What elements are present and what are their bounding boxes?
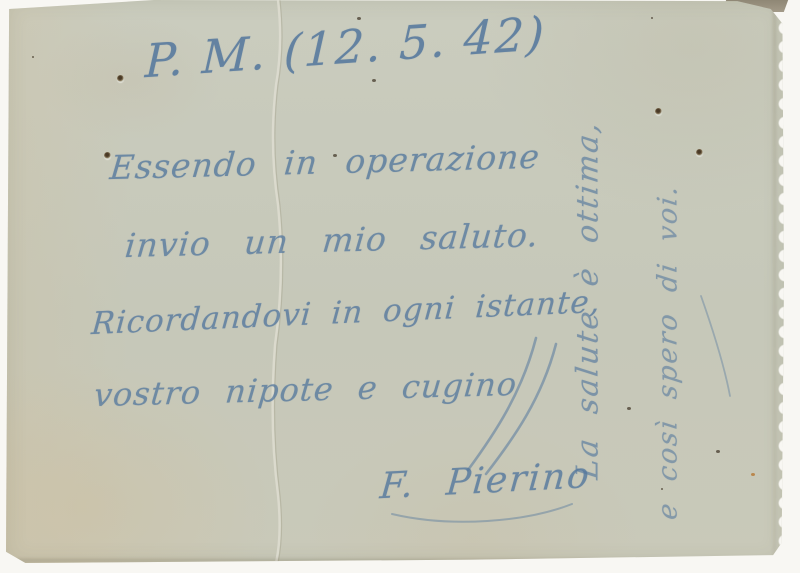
paper-speck xyxy=(751,473,755,476)
paper-speck xyxy=(372,79,376,82)
postcard: P. M. (12. 5. 42) Essendo in operazione … xyxy=(6,0,784,563)
body-line-2: invio un mio saluto. xyxy=(123,215,541,265)
photo-backdrop: P. M. (12. 5. 42) Essendo in operazione … xyxy=(0,0,800,573)
pinhole xyxy=(117,75,124,82)
paper-speck xyxy=(357,17,361,20)
date-line: P. M. (12. 5. 42) xyxy=(144,6,547,88)
paper-speck xyxy=(651,17,653,19)
signature-line: F. Pierino xyxy=(378,455,592,507)
body-line-3: Ricordandovi in ogni istante, xyxy=(90,284,602,342)
bottom-edge-shadow xyxy=(16,559,770,562)
margin-note-vertical-2: e così spero di voi. xyxy=(653,183,684,522)
body-line-4: vostro nipote e cugino xyxy=(92,365,519,414)
pinhole xyxy=(655,108,662,115)
pinhole xyxy=(104,152,111,159)
pinhole xyxy=(696,149,703,156)
paper-speck xyxy=(333,154,337,157)
paper-speck xyxy=(716,450,720,453)
body-line-1: Essendo in operazione xyxy=(108,137,542,187)
deckled-edge xyxy=(772,0,785,563)
margin-note-vertical-1: La salute è ottima, xyxy=(571,119,606,481)
paper-speck xyxy=(661,488,663,490)
paper-speck xyxy=(627,407,631,410)
paper-speck xyxy=(32,56,34,58)
